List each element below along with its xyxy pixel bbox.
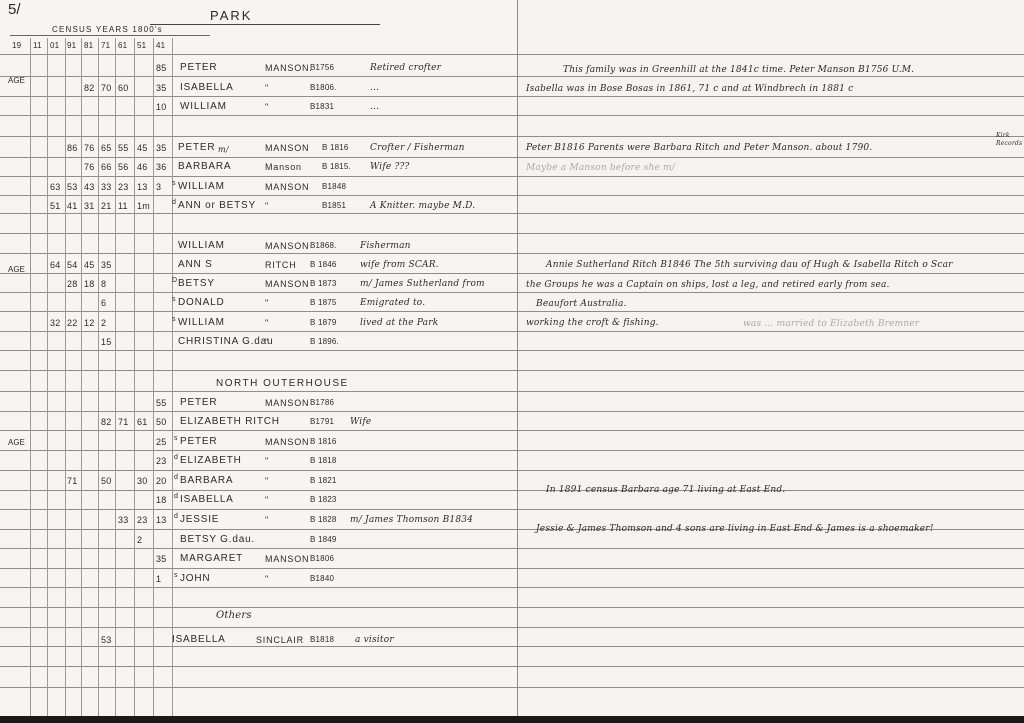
person-note: Fisherman (360, 240, 411, 252)
ruled-line (0, 115, 518, 116)
ruled-line (518, 687, 1024, 688)
census-age: 2 (137, 534, 142, 546)
census-age: 53 (67, 181, 77, 193)
birth-year: B1756 (310, 62, 334, 74)
person-name: BARBARA (178, 161, 231, 173)
person-surname: MANSON (265, 553, 309, 565)
ruled-line (0, 273, 518, 274)
ruled-line (0, 548, 518, 549)
census-year-header: 19 (12, 40, 21, 52)
census-year-header: 11 (33, 40, 42, 52)
census-column-line (47, 38, 48, 716)
person-name: ISABELLA (180, 494, 234, 506)
census-age: 60 (118, 82, 128, 94)
census-age: 25 (156, 436, 166, 448)
census-age: 20 (156, 475, 166, 487)
birth-year: B1818 (310, 634, 334, 646)
research-note: This family was in Greenhill at the 1841… (563, 64, 914, 76)
census-age: 11 (118, 200, 128, 212)
census-age: 2 (101, 317, 106, 329)
census-column-line (153, 38, 154, 716)
birth-year: B 1896. (310, 336, 339, 348)
person-name: BETSY (178, 278, 215, 290)
census-year-header: 01 (50, 40, 59, 52)
census-age: 31 (84, 200, 94, 212)
ruled-line (0, 176, 518, 177)
census-age: 18 (84, 278, 94, 290)
research-note: Maybe a Manson before she m/ (526, 162, 675, 174)
left-page: 5/ PARK CENSUS YEARS 1800's 191101918171… (0, 0, 518, 716)
ruled-line (0, 76, 518, 77)
person-surname: " (265, 200, 269, 212)
ruled-line (0, 470, 518, 471)
birth-year: B1806 (310, 553, 334, 565)
census-age: 56 (118, 161, 128, 173)
ruled-line (0, 646, 518, 647)
birth-year: B 1815. (322, 161, 351, 173)
census-age: 21 (101, 200, 111, 212)
census-age: 51 (50, 200, 60, 212)
census-age: 3 (156, 181, 161, 193)
census-age: 70 (101, 82, 111, 94)
census-age: 13 (137, 181, 147, 193)
ruled-line (0, 509, 518, 510)
census-column-line (172, 38, 173, 716)
census-age: 45 (137, 142, 147, 154)
birth-year: B 1846 (310, 259, 337, 271)
census-age: 64 (50, 259, 60, 271)
research-note: Beaufort Australia. (536, 298, 627, 310)
birth-year: B 1816 (322, 142, 349, 154)
birth-year: B1831 (310, 101, 334, 113)
ruled-line (518, 157, 1024, 158)
census-age: 33 (118, 514, 128, 526)
ruled-line (518, 195, 1024, 196)
person-name: JOHN (180, 573, 210, 585)
person-surname: MANSON (265, 240, 309, 252)
relation-prefix: D (172, 275, 177, 287)
ruled-line (518, 627, 1024, 628)
census-age: 50 (101, 475, 111, 487)
census-age: 45 (84, 259, 94, 271)
person-name: WILLIAM (178, 317, 225, 329)
relation-prefix: d (172, 197, 176, 209)
census-age: 55 (156, 397, 166, 409)
relation-prefix: d (174, 491, 178, 503)
ruled-line (518, 311, 1024, 312)
research-note: was ... married to Elizabeth Bremner (743, 318, 919, 330)
relation-prefix: d (174, 452, 178, 464)
research-note: In 1891 census Barbara age 71 living at … (546, 484, 785, 496)
ruled-line (0, 627, 518, 628)
page-title: PARK (210, 10, 252, 22)
ruled-line (0, 687, 518, 688)
relation-prefix: d (174, 511, 178, 523)
census-year-header: 41 (156, 40, 165, 52)
person-name: ISABELLA (180, 82, 234, 94)
person-name: ANN or BETSY (178, 200, 256, 212)
person-surname: MANSON (265, 181, 309, 193)
person-surname: " (265, 336, 269, 348)
person-surname: MANSON (265, 397, 309, 409)
person-note: Retired crofter (370, 62, 441, 74)
census-age: 8 (101, 278, 106, 290)
ruled-line (0, 292, 518, 293)
census-column-line (115, 38, 116, 716)
person-name: BARBARA (180, 475, 233, 487)
ruled-line (0, 213, 518, 214)
birth-year: B 1821 (310, 475, 337, 487)
census-age: 41 (67, 200, 77, 212)
census-column-line (98, 38, 99, 716)
page-number: 5/ (8, 4, 21, 16)
ruled-line (518, 233, 1024, 234)
census-age: 1m (137, 200, 150, 212)
person-surname: " (265, 297, 269, 309)
person-surname: Manson (265, 161, 302, 173)
census-age: 22 (67, 317, 77, 329)
person-surname: " (265, 317, 269, 329)
census-age: 32 (50, 317, 60, 329)
others-title: Others (216, 610, 252, 622)
ruled-line (0, 430, 518, 431)
person-surname: " (265, 82, 269, 94)
research-note: Jessie & James Thomson and 4 sons are li… (536, 523, 934, 535)
ruled-line (0, 195, 518, 196)
birth-year: B 1849 (310, 534, 337, 546)
census-age: 55 (118, 142, 128, 154)
relation-prefix: s (174, 570, 178, 582)
census-age: 28 (67, 278, 77, 290)
census-age: 10 (156, 101, 166, 113)
research-note: working the croft & fishing. (526, 317, 659, 329)
person-name: WILLIAM (178, 181, 225, 193)
relation-prefix: d (174, 472, 178, 484)
census-age: 82 (101, 416, 111, 428)
person-note: Wife ??? (370, 161, 410, 173)
relation-prefix: s (172, 178, 176, 190)
ruled-line (0, 450, 518, 451)
person-name: ISABELLA (172, 634, 226, 646)
person-name: ANN S (178, 259, 213, 271)
birth-year: B 1816 (310, 436, 337, 448)
ruled-line (518, 54, 1024, 55)
person-surname: " (265, 101, 269, 113)
census-age: 76 (84, 161, 94, 173)
person-surname: " (265, 514, 269, 526)
ruled-line (518, 470, 1024, 471)
census-column-line (134, 38, 135, 716)
ruled-line (0, 96, 518, 97)
ruled-line (0, 233, 518, 234)
birth-year: B 1823 (310, 494, 337, 506)
census-header-line (10, 35, 210, 36)
census-age: 65 (101, 142, 111, 154)
census-age: 71 (118, 416, 128, 428)
census-age: 23 (137, 514, 147, 526)
census-age: 71 (67, 475, 77, 487)
ruled-line (0, 350, 518, 351)
person-surname: " (265, 455, 269, 467)
birth-year: B 1879 (310, 317, 337, 329)
census-age: 35 (156, 82, 166, 94)
person-note: m/ James Sutherland from (360, 278, 485, 290)
ruled-line (518, 607, 1024, 608)
ruled-line (0, 370, 518, 371)
north-outerhouse-title: NORTH OUTERHOUSE (216, 378, 349, 390)
ruled-line (0, 666, 518, 667)
ruled-line (518, 350, 1024, 351)
person-surname: " (265, 573, 269, 585)
person-note: a visitor (355, 634, 394, 646)
ruled-line (0, 391, 518, 392)
census-year-header: 61 (118, 40, 127, 52)
census-year-header: 51 (137, 40, 146, 52)
person-surname: " (265, 494, 269, 506)
relation-prefix: s (174, 433, 178, 445)
ruled-line (0, 157, 518, 158)
right-page: This family was in Greenhill at the 1841… (518, 0, 1024, 716)
person-name: ELIZABETH RITCH (180, 416, 280, 428)
research-note: the Groups he was a Captain on ships, lo… (526, 279, 890, 291)
person-surname: MANSON (265, 278, 309, 290)
ruled-line (0, 568, 518, 569)
ruled-line (0, 311, 518, 312)
person-surname: MANSON (265, 436, 309, 448)
relation-prefix: s (172, 314, 176, 326)
person-note: Crofter / Fisherman (370, 142, 465, 154)
ruled-line (518, 331, 1024, 332)
census-column-line (65, 38, 66, 716)
census-column-line (30, 38, 31, 716)
ruled-line (518, 96, 1024, 97)
ruled-line (518, 273, 1024, 274)
ruled-line (518, 587, 1024, 588)
birth-year: B1840 (310, 573, 334, 585)
person-note: lived at the Park (360, 317, 438, 329)
birth-year: B 1873 (310, 278, 337, 290)
person-name: WILLIAM (180, 101, 227, 113)
person-note: A Knitter. maybe M.D. (370, 200, 475, 212)
ruled-line (0, 607, 518, 608)
research-note: Annie Sutherland Ritch B1846 The 5th sur… (546, 259, 953, 271)
birth-year: B 1818 (310, 455, 337, 467)
ruled-line (0, 529, 518, 530)
census-age: 23 (118, 181, 128, 193)
person-name: CHRISTINA G.dau (178, 336, 273, 348)
birth-year: B1791 (310, 416, 334, 428)
person-name: WILLIAM (178, 240, 225, 252)
ruled-line (518, 568, 1024, 569)
census-age: 13 (156, 514, 166, 526)
ruled-line (0, 587, 518, 588)
person-name: ELIZABETH (180, 455, 242, 467)
ruled-line (518, 253, 1024, 254)
census-age: 82 (84, 82, 94, 94)
age-label-3: AGE (8, 437, 25, 449)
census-age: 15 (101, 336, 111, 348)
census-age: 35 (101, 259, 111, 271)
birth-year: B1848 (322, 181, 346, 193)
ruled-line (518, 450, 1024, 451)
person-name: PETER (180, 436, 217, 448)
ruled-line (518, 136, 1024, 137)
census-age: 12 (84, 317, 94, 329)
ruled-line (518, 666, 1024, 667)
census-age: 30 (137, 475, 147, 487)
research-note: Isabella was in Bose Bosas in 1861, 71 c… (526, 83, 853, 95)
ruled-line (518, 430, 1024, 431)
census-age: 18 (156, 494, 166, 506)
ruled-line (518, 411, 1024, 412)
census-age: 50 (156, 416, 166, 428)
person-note: wife from SCAR. (360, 259, 439, 271)
census-age: 66 (101, 161, 111, 173)
census-age: 53 (101, 634, 111, 646)
census-age: 54 (67, 259, 77, 271)
census-age: 23 (156, 455, 166, 467)
ruled-line (518, 509, 1024, 510)
ruled-line (0, 331, 518, 332)
person-name: BETSY G.dau. (180, 534, 255, 546)
person-surname: MANSON (265, 142, 309, 154)
census-age: 63 (50, 181, 60, 193)
birth-year: B1868. (310, 240, 337, 252)
birth-year: B 1828 (310, 514, 337, 526)
ruled-line (0, 253, 518, 254)
person-name: DONALD (178, 297, 224, 309)
ruled-line (518, 76, 1024, 77)
person-surname: MANSON. (265, 62, 313, 74)
ruled-line (518, 646, 1024, 647)
census-year-header: 91 (67, 40, 76, 52)
research-note: Peter B1816 Parents were Barbara Ritch a… (526, 142, 872, 154)
census-age: 61 (137, 416, 147, 428)
birth-year: B1806. (310, 82, 337, 94)
ruled-line (518, 391, 1024, 392)
ruled-line (0, 54, 518, 55)
person-note: m/ James Thomson B1834 (350, 514, 473, 526)
ruled-line (0, 490, 518, 491)
relation-prefix: s (172, 294, 176, 306)
census-age: 6 (101, 297, 106, 309)
married-mark: m/ (218, 144, 229, 156)
census-age: 86 (67, 142, 77, 154)
person-note: Emigrated to. (360, 297, 425, 309)
census-age: 36 (156, 161, 166, 173)
person-note: Wife (350, 416, 371, 428)
person-name: PETER (180, 62, 217, 74)
ruled-line (518, 213, 1024, 214)
census-age: 1 (156, 573, 161, 585)
birth-year: B1786 (310, 397, 334, 409)
birth-year: B 1875 (310, 297, 337, 309)
person-name: MARGARET (180, 553, 243, 565)
research-note: Kirk Records (996, 132, 1018, 148)
census-age: 85 (156, 62, 166, 74)
person-name: JESSIE (180, 514, 219, 526)
ruled-line (0, 136, 518, 137)
title-underline (150, 24, 380, 25)
census-age: 76 (84, 142, 94, 154)
person-surname: RITCH (265, 259, 297, 271)
person-surname: " (265, 475, 269, 487)
census-age: 35 (156, 553, 166, 565)
ruled-line (518, 176, 1024, 177)
person-name: PETER (178, 142, 215, 154)
ruled-line (518, 548, 1024, 549)
ruled-line (0, 411, 518, 412)
person-note: ... (370, 101, 379, 113)
birth-year: B1851 (322, 200, 346, 212)
age-label: AGE (8, 75, 25, 87)
census-age: 46 (137, 161, 147, 173)
census-age: 33 (101, 181, 111, 193)
census-age: 35 (156, 142, 166, 154)
census-column-line (81, 38, 82, 716)
census-age: 43 (84, 181, 94, 193)
ruled-line (518, 292, 1024, 293)
age-label-2: AGE (8, 264, 25, 276)
person-surname: SINCLAIR (256, 634, 304, 646)
person-note: ... (370, 82, 379, 94)
person-name: PETER (180, 397, 217, 409)
census-year-header: 71 (101, 40, 110, 52)
ruled-line (518, 115, 1024, 116)
census-year-header: 81 (84, 40, 93, 52)
ruled-line (518, 370, 1024, 371)
